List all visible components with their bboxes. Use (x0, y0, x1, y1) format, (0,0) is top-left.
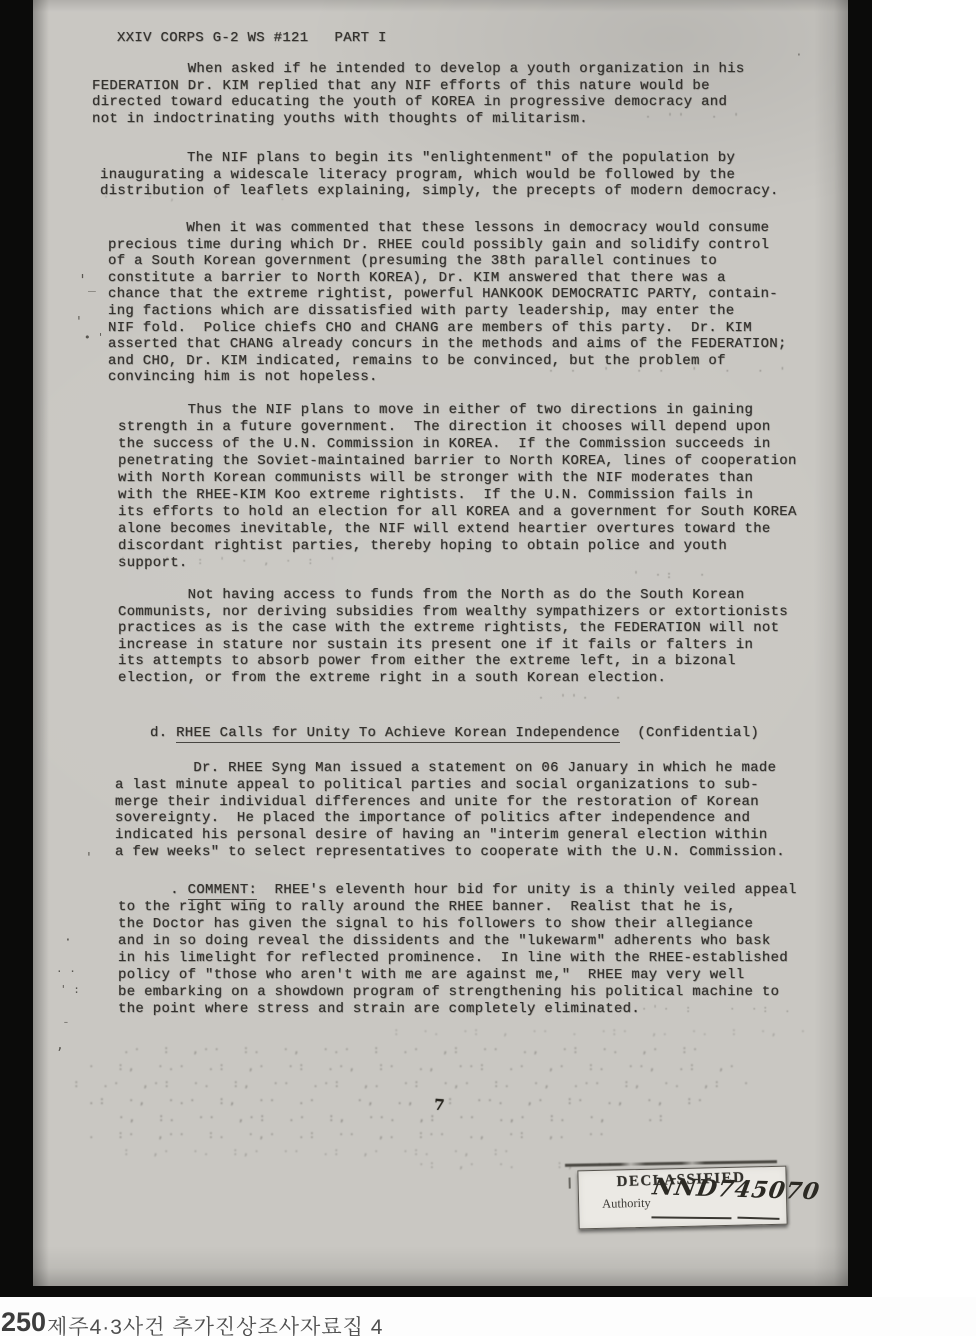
paragraph-federation-funds: Not having access to funds from the Nort… (118, 587, 838, 687)
paragraph-two-directions: Thus the NIF plans to move in either of … (118, 402, 838, 572)
stamp-edge-mark (569, 1178, 571, 1189)
bleed-noise-line: .: ·, ·.· :, ·· .· ·, ., ·: ··. ,· :· .,… (88, 1094, 707, 1107)
bleed-noise-line: : ·. ·: , ·· . ·:· ,. ·. : ·, · (393, 1025, 810, 1038)
bleed-noise-line: : .· ,·: ·. :, ·· .·: ,. ·: ·,· :. ·, .·… (73, 1077, 753, 1090)
document-header: XXIV CORPS G-2 WS #121 PART I (117, 30, 837, 47)
paragraph-hankook-party: When it was commented that these lessons… (108, 220, 828, 386)
scan-speckle: · ''· · (538, 693, 626, 704)
scanned-photo: XXIV CORPS G-2 WS #121 PART I When asked… (0, 0, 872, 1297)
bleed-noise-line: . :· ,·· :. ·,· .: ·· ,. :·· ., ·: ,. ·· (88, 1128, 609, 1141)
bleed-noise-line: · :, ·.· .: ,· ·: .·, :· ., ··: .· ,· :.… (88, 1060, 739, 1073)
document-page-number: 7 (433, 1096, 445, 1115)
section-d-classification: (Confidential) (620, 725, 759, 741)
margin-mark: – (88, 284, 96, 299)
stamp-underline (651, 1216, 731, 1219)
margin-mark: - (62, 1015, 70, 1030)
bleed-noise-line: ·, :. ·· ,·: .· :, ··. ,: ·· .,· :. ·, .… (118, 1111, 668, 1124)
book-page-number: 250 (1, 1307, 46, 1336)
declassified-stamp: DECLASSIFIED Authority NND745070 (577, 1166, 787, 1230)
stamp-authority-label: Authority (602, 1196, 651, 1212)
document-page-scan: XXIV CORPS G-2 WS #121 PART I When asked… (33, 0, 848, 1286)
margin-mark: ' (75, 315, 83, 330)
section-d-heading: d. RHEE Calls for Unity To Achieve Korea… (150, 725, 870, 742)
paragraph-youth-organization: When asked if he intended to develop a y… (92, 61, 812, 127)
comment-paragraph: . COMMENT: RHEE's eleventh hour bid for … (118, 882, 838, 1018)
comment-indent: . (118, 882, 188, 898)
margin-mark: • ' (84, 331, 104, 344)
margin-mark: , (56, 1038, 64, 1053)
section-d-title: RHEE Calls for Unity To Achieve Korean I… (176, 725, 620, 743)
margin-mark: ' (85, 851, 93, 866)
margin-mark: · (64, 933, 72, 948)
paragraph-rhee-statement: Dr. RHEE Syng Man issued a statement on … (115, 760, 835, 861)
stamp-authority-number: NND745070 (651, 1173, 823, 1205)
comment-label: COMMENT: (188, 882, 258, 900)
section-d-label: d. (150, 725, 176, 741)
book-title-caption: 제주4·3사건 추가진상조사자료집 4 (47, 1311, 383, 1336)
margin-mark: · · (56, 965, 76, 978)
margin-mark: ' : (60, 983, 80, 996)
paragraph-literacy-program: The NIF plans to begin its "enlightenmen… (100, 150, 820, 200)
bleed-noise-line: : ,· ·. :,· ·· .: ,· ·:. ·, :· (123, 1145, 514, 1158)
bleed-noise-line: .· : ,·· :. ·, ·.· : .· ,: ·· ., ·: ·. ,… (123, 1043, 702, 1056)
margin-mark: ' (78, 271, 87, 289)
comment-body: RHEE's eleventh hour bid for unity is a … (118, 882, 797, 1017)
stamp-underline (737, 1217, 779, 1220)
book-page: { "colors": { "photo_background": "#0b0b… (0, 0, 976, 1336)
